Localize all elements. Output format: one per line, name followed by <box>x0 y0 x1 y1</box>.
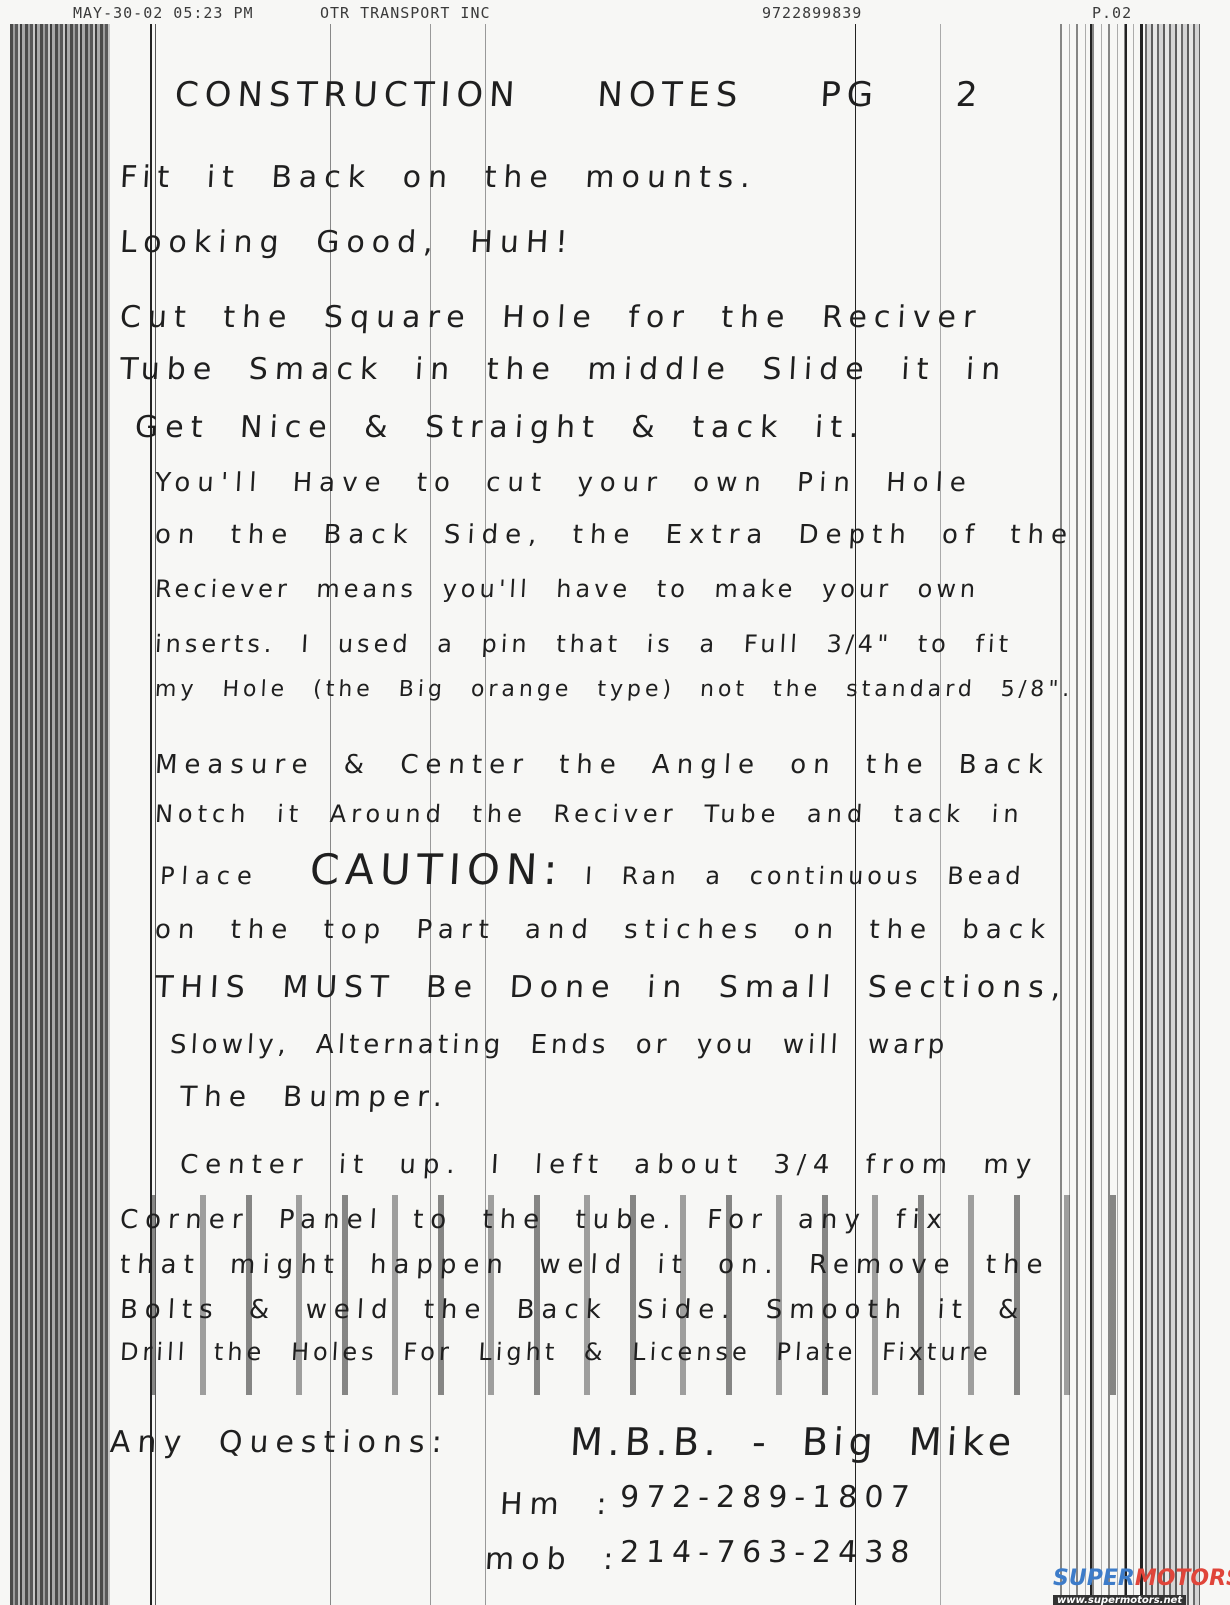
contact-label-home: Hm : <box>499 1487 614 1522</box>
note-line: Place <box>159 862 259 890</box>
handwritten-notes: CONSTRUCTION NOTES PG 2 Fit it Back on t… <box>0 0 1230 1605</box>
note-line: Tube Smack in the middle Slide it in <box>119 352 1008 387</box>
note-line: Slowly, Alternating Ends or you will war… <box>169 1030 949 1060</box>
note-line: Notch it Around the Reciver Tube and tac… <box>154 800 1024 828</box>
contact-label-mobile: mob : <box>484 1542 621 1577</box>
note-line: Corner Panel to the tube. For any fix <box>119 1205 949 1235</box>
note-line: on the top Part and stiches on the back <box>154 915 1053 945</box>
note-line: Fit it Back on the mounts. <box>119 160 758 195</box>
note-line: Drill the Holes For Light & License Plat… <box>119 1338 992 1366</box>
contact-number-home: 972-289-1807 <box>619 1480 917 1515</box>
contact-number-mobile: 214-763-2438 <box>619 1535 917 1570</box>
note-line: my Hole (the Big orange type) not the st… <box>154 677 1074 702</box>
note-line: THIS MUST Be Done in Small Sections, <box>154 970 1068 1005</box>
supermotors-watermark: SUPERMOTORS www.supermotors.net <box>1053 1568 1223 1602</box>
note-line: I Ran a continuous Bead <box>584 862 1025 890</box>
note-line: on the Back Side, the Extra Depth of the <box>154 520 1075 550</box>
note-line: that might happen weld it on. Remove the <box>119 1250 1050 1280</box>
watermark-brand-part1: SUPER <box>1053 1566 1135 1591</box>
note-line: Cut the Square Hole for the Reciver <box>119 300 983 335</box>
note-line: The Bumper. <box>179 1080 450 1113</box>
watermark-brand-part2: MOTORS <box>1135 1566 1230 1591</box>
note-line: Measure & Center the Angle on the Back <box>154 750 1051 780</box>
closing-text: Any Questions: <box>109 1425 450 1460</box>
note-line: You'll Have to cut your own Pin Hole <box>154 468 973 498</box>
signature: M.B.B. - Big Mike <box>569 1420 1018 1464</box>
note-line: Reciever means you'll have to make your … <box>154 575 980 603</box>
note-line: Center it up. I left about 3/4 from my <box>179 1150 1039 1180</box>
note-line: Get Nice & Straight & tack it. <box>134 410 866 445</box>
caution-label: CAUTION: <box>309 845 565 894</box>
fax-page: MAY-30-02 05:23 PM OTR TRANSPORT INC 972… <box>0 0 1230 1605</box>
watermark-url: www.supermotors.net <box>1053 1595 1186 1605</box>
note-line: inserts. I used a pin that is a Full 3/4… <box>154 630 1012 658</box>
note-line: Looking Good, HuH! <box>119 225 575 260</box>
note-line: Bolts & weld the Back Side. Smooth it & <box>119 1295 1026 1325</box>
watermark-logo: SUPERMOTORS <box>1053 1568 1223 1590</box>
notes-title: CONSTRUCTION NOTES PG 2 <box>174 75 985 115</box>
